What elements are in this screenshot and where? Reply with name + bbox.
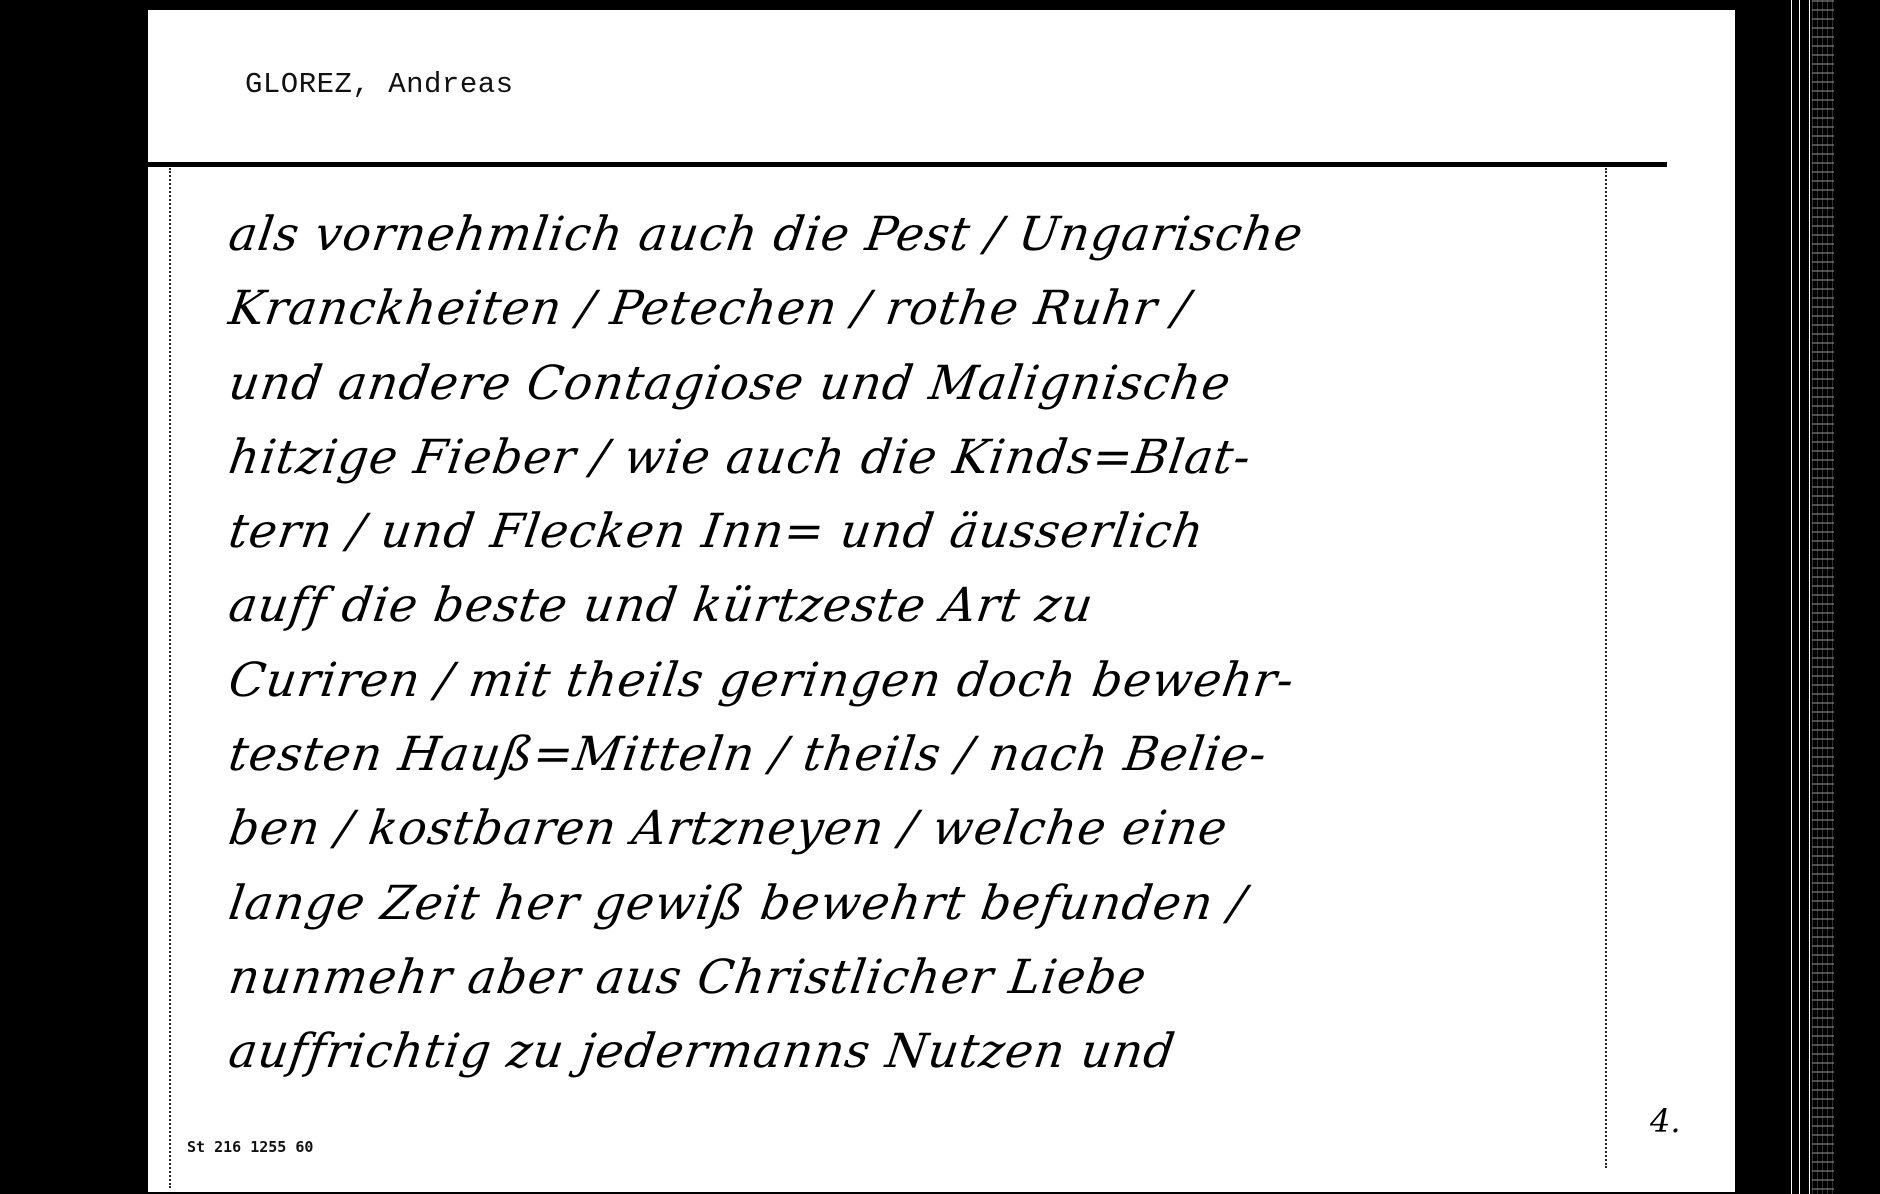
archive-reference-code: St 216 1255 60 bbox=[187, 1138, 313, 1156]
handwritten-line: ben / kostbaren Artzneyen / welche eine bbox=[224, 792, 1674, 866]
scan-edge-artifact bbox=[1780, 0, 1840, 1194]
handwritten-text-body: als vornehmlich auch die Pest / Ungarisc… bbox=[224, 198, 1664, 1090]
left-margin-dotted-line bbox=[169, 168, 171, 1188]
scan-stripe bbox=[1791, 0, 1792, 1194]
handwritten-line: nunmehr aber aus Christlicher Liebe bbox=[224, 941, 1674, 1015]
scan-stripe bbox=[1809, 0, 1810, 1194]
handwritten-line: und andere Contagiose und Malignische bbox=[224, 347, 1674, 421]
scan-noise-band bbox=[1812, 0, 1834, 1194]
handwritten-line: tern / und Flecken Inn= und äusserlich bbox=[224, 495, 1674, 569]
handwritten-line: auffrichtig zu jedermanns Nutzen und bbox=[224, 1015, 1674, 1089]
handwritten-line: Kranckheiten / Petechen / rothe Ruhr / bbox=[224, 272, 1674, 346]
handwritten-line: auff die beste und kürtzeste Art zu bbox=[224, 569, 1674, 643]
scan-stripe bbox=[1799, 0, 1800, 1194]
handwritten-line: lange Zeit her gewiß bewehrt befunden / bbox=[224, 867, 1674, 941]
manuscript-page: GLOREZ, Andreas als vornehmlich auch die… bbox=[148, 10, 1735, 1192]
header-divider-rule bbox=[148, 162, 1667, 167]
handwritten-line: hitzige Fieber / wie auch die Kinds=Blat… bbox=[224, 421, 1674, 495]
document-header-name: GLOREZ, Andreas bbox=[245, 68, 514, 101]
scan-background: GLOREZ, Andreas als vornehmlich auch die… bbox=[0, 0, 1880, 1194]
handwritten-line: testen Hauß=Mitteln / theils / nach Beli… bbox=[224, 718, 1674, 792]
handwritten-line: als vornehmlich auch die Pest / Ungarisc… bbox=[224, 198, 1674, 272]
page-number: 4. bbox=[1650, 1102, 1681, 1140]
handwritten-line: Curiren / mit theils geringen doch beweh… bbox=[224, 644, 1674, 718]
